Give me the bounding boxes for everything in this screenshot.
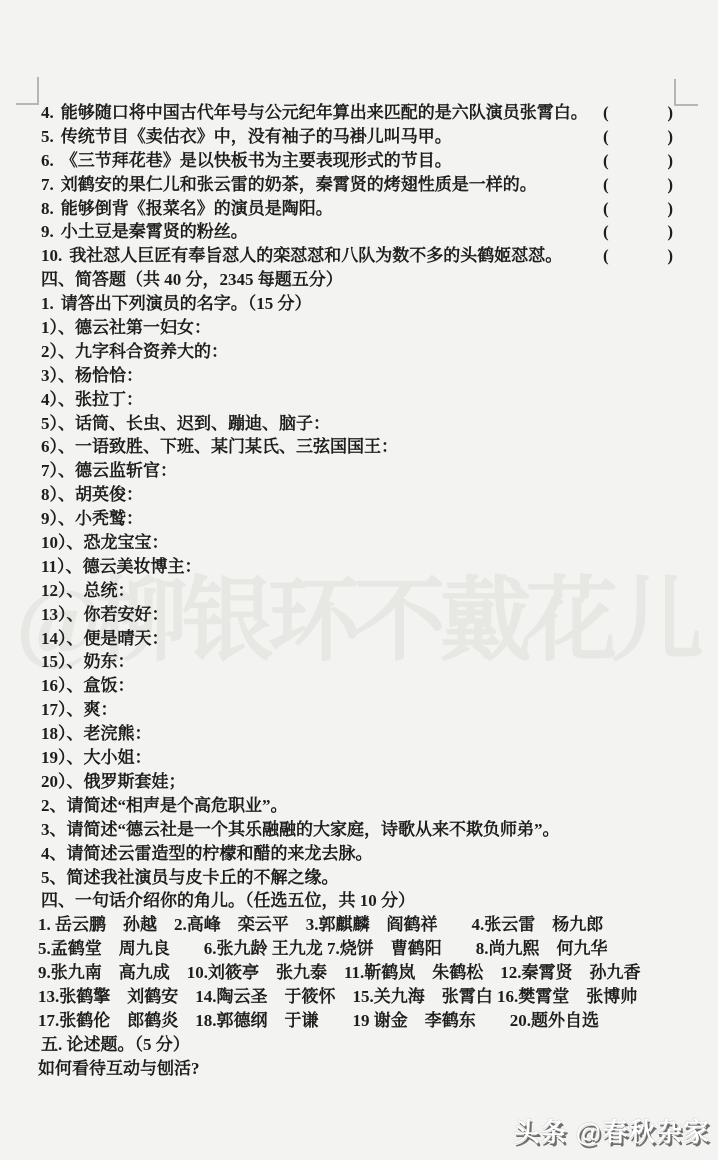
item-number: 11）、 [41, 557, 83, 576]
nickname-item: 3）、杨恰恰： [0, 364, 718, 388]
nickname-item: 8）、胡英俊： [0, 483, 718, 507]
question-number: 9. [41, 222, 54, 241]
item-number: 12）、 [41, 581, 84, 600]
nickname-item: 14）、便是晴天： [0, 627, 718, 651]
answer-close-paren: ) [667, 173, 673, 197]
nickname-item: 7）、德云监斩官： [0, 459, 718, 483]
true-false-item: 4.能够随口将中国古代年号与公元纪年算出来匹配的是六队演员张霄白。 () [0, 101, 718, 125]
answer-open-paren: ( [603, 101, 609, 125]
nickname-item: 11）、德云美妆博主： [0, 555, 718, 579]
answer-open-paren: ( [603, 173, 609, 197]
question-number: 10. [41, 246, 62, 265]
true-false-item: 10.我社怼人巨匠有奉旨怼人的栾怼怼和八队为数不多的头鹤姬怼怼。 () [0, 244, 718, 268]
answer-blank: () [603, 220, 673, 244]
question-number: 8. [41, 199, 54, 218]
item-number: 3）、 [41, 366, 75, 385]
performer-name-row: 5.孟鹤堂 周九良 6.张九龄 王九龙 7.烧饼 曹鹤阳 8.尚九熙 何九华 [0, 937, 718, 961]
answer-blank: () [603, 173, 673, 197]
question-text: 6.《三节拜花巷》是以快板书为主要表现形式的节目。 [41, 149, 603, 173]
section-heading-essay: 五. 论述题。（5 分） [0, 1033, 718, 1057]
nickname-item: 13）、你若安好： [0, 603, 718, 627]
item-number: 9）、 [41, 509, 75, 528]
item-number: 4）、 [41, 390, 75, 409]
answer-blank: () [603, 149, 673, 173]
nickname-item: 2）、九字科合资养大的： [0, 340, 718, 364]
question-text: 9.小土豆是秦霄贤的粉丝。 [41, 220, 603, 244]
true-false-item: 8.能够倒背《报菜名》的演员是陶阳。 () [0, 197, 718, 221]
true-false-item: 7.刘鹤安的果仁儿和张云雷的奶茶，秦霄贤的烤翅性质是一样的。 () [0, 173, 718, 197]
nickname-item: 18）、老浣熊： [0, 722, 718, 746]
nickname-item: 20）、俄罗斯套娃； [0, 770, 718, 794]
item-number: 16）、 [41, 676, 84, 695]
question-number: 4. [41, 103, 54, 122]
item-number: 6）、 [41, 437, 75, 456]
question-number: 1. [41, 294, 54, 313]
short-answer-question: 4、请简述云雷造型的柠檬和醋的来龙去脉。 [0, 842, 718, 866]
item-number: 8）、 [41, 485, 75, 504]
answer-close-paren: ) [667, 149, 673, 173]
item-number: 15）、 [41, 652, 84, 671]
item-number: 7）、 [41, 461, 75, 480]
question-text: 4.能够随口将中国古代年号与公元纪年算出来匹配的是六队演员张霄白。 [41, 101, 603, 125]
performer-name-row: 9.张九南 高九成 10.刘筱亭 张九泰 11.靳鹤岚 朱鹤松 12.秦霄贤 孙… [0, 961, 718, 985]
nickname-item: 1）、德云社第一妇女： [0, 316, 718, 340]
essay-question: 如何看待互动与刨活? [0, 1057, 718, 1081]
item-number: 19）、 [41, 748, 84, 767]
short-answer-question: 3、请简述“德云社是一个其乐融融的大家庭，诗歌从来不欺负师弟”。 [0, 818, 718, 842]
item-number: 5）、 [41, 414, 75, 433]
item-number: 20）、 [41, 772, 84, 791]
answer-blank: () [603, 125, 673, 149]
exam-content: 4.能够随口将中国古代年号与公元纪年算出来匹配的是六队演员张霄白。 () 5.传… [0, 101, 718, 1081]
question-number: 3、 [41, 820, 67, 839]
short-answer-question: 5、简述我社演员与皮卡丘的不解之缘。 [0, 866, 718, 890]
nickname-item: 19）、大小姐： [0, 746, 718, 770]
question-number: 7. [41, 175, 54, 194]
item-number: 10）、 [41, 533, 84, 552]
nickname-item: 9）、小秃鹫： [0, 507, 718, 531]
question-number: 6. [41, 151, 54, 170]
nickname-item: 17）、爽： [0, 698, 718, 722]
answer-open-paren: ( [603, 244, 609, 268]
true-false-item: 9.小土豆是秦霄贤的粉丝。 () [0, 220, 718, 244]
answer-close-paren: ) [667, 197, 673, 221]
nickname-item: 6）、一语致胜、下班、某门某氏、三弦国国王： [0, 435, 718, 459]
answer-open-paren: ( [603, 197, 609, 221]
answer-close-paren: ) [667, 101, 673, 125]
true-false-item: 5.传统节目《卖估衣》中，没有袖子的马褂儿叫马甲。 () [0, 125, 718, 149]
performer-name-row: 13.张鹤擎 刘鹤安 14.陶云圣 于筱怀 15.关九海 张霄白 16.樊霄堂 … [0, 985, 718, 1009]
question-number: 2、 [41, 796, 67, 815]
answer-close-paren: ) [667, 244, 673, 268]
nickname-item: 10）、恐龙宝宝： [0, 531, 718, 555]
answer-open-paren: ( [603, 149, 609, 173]
performer-name-row: 1. 岳云鹏 孙越 2.高峰 栾云平 3.郭麒麟 阎鹤祥 4.张云雷 杨九郎 [0, 913, 718, 937]
item-number: 1）、 [41, 318, 75, 337]
nickname-item: 15）、奶东： [0, 650, 718, 674]
document-page: @柳银环不戴花儿 4.能够随口将中国古代年号与公元纪年算出来匹配的是六队演员张霄… [0, 0, 718, 1160]
short-answer-question: 2、请简述“相声是个高危职业”。 [0, 794, 718, 818]
nickname-item: 12）、总统： [0, 579, 718, 603]
answer-blank: () [603, 101, 673, 125]
item-number: 13）、 [41, 605, 84, 624]
question-number: 5、 [41, 868, 67, 887]
section-heading-short-answer: 四、简答题（共 40 分，2345 每题五分） [0, 268, 718, 292]
question-number: 4、 [41, 844, 67, 863]
answer-close-paren: ) [667, 220, 673, 244]
nickname-item: 4）、张拉丁： [0, 388, 718, 412]
question-text: 7.刘鹤安的果仁儿和张云雷的奶茶，秦霄贤的烤翅性质是一样的。 [41, 173, 603, 197]
nickname-item: 5）、话筒、长虫、迟到、蹦迪、脑子： [0, 412, 718, 436]
answer-blank: () [603, 197, 673, 221]
question-text: 5.传统节目《卖估衣》中，没有袖子的马褂儿叫马甲。 [41, 125, 603, 149]
toutiao-watermark: 头条 @春秋杂家 [513, 1112, 710, 1149]
answer-open-paren: ( [603, 125, 609, 149]
answer-open-paren: ( [603, 220, 609, 244]
question-text: 10.我社怼人巨匠有奉旨怼人的栾怼怼和八队为数不多的头鹤姬怼怼。 [41, 244, 603, 268]
item-number: 2）、 [41, 342, 75, 361]
performer-name-row: 17.张鹤伦 郎鹤炎 18.郭德纲 于谦 19 谢金 李鹤东 20.题外自选 [0, 1009, 718, 1033]
answer-blank: () [603, 244, 673, 268]
short-answer-q1-heading: 1.请答出下列演员的名字。（15 分） [0, 292, 718, 316]
question-text: 8.能够倒背《报菜名》的演员是陶阳。 [41, 197, 603, 221]
nickname-item: 16）、盒饭： [0, 674, 718, 698]
answer-close-paren: ) [667, 125, 673, 149]
item-number: 14）、 [41, 629, 84, 648]
item-number: 18）、 [41, 724, 84, 743]
true-false-item: 6.《三节拜花巷》是以快板书为主要表现形式的节目。 () [0, 149, 718, 173]
question-number: 5. [41, 127, 54, 146]
item-number: 17）、 [41, 700, 84, 719]
section-heading-introduce: 四、一句话介绍你的角儿。（任选五位，共 10 分） [0, 889, 718, 913]
